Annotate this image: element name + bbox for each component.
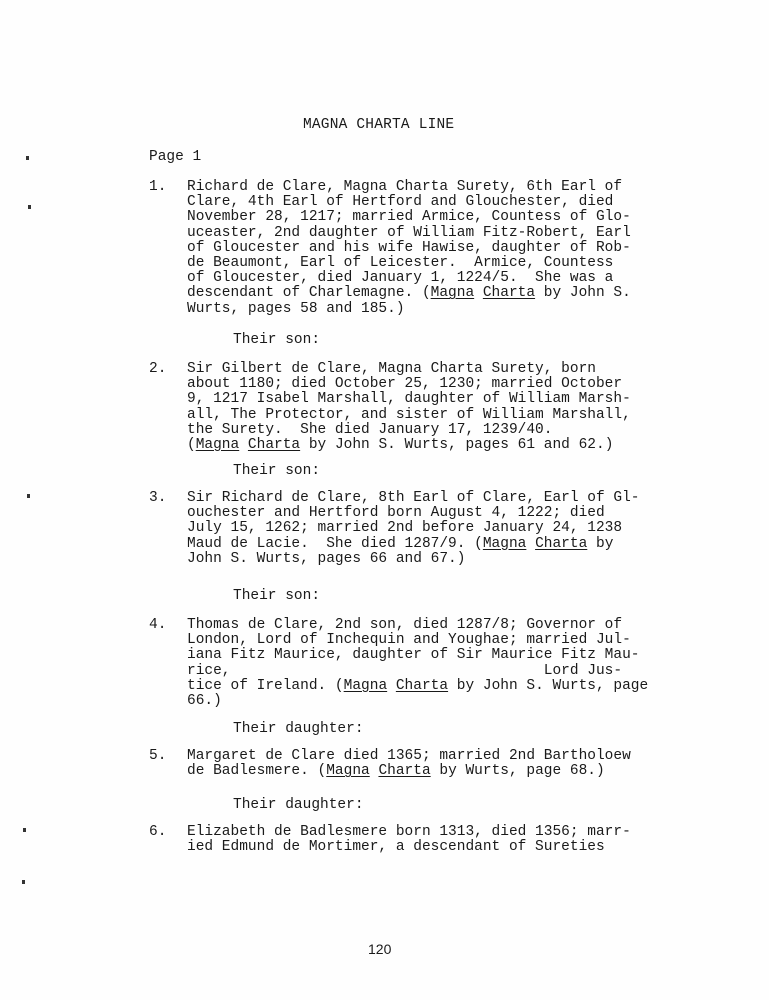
book-title-underlined: Charta (248, 437, 300, 453)
margin-mark (23, 828, 26, 832)
page-number: 120 (368, 941, 391, 957)
book-title-underlined: Charta (483, 285, 535, 301)
entry-number: 2. (149, 362, 166, 377)
entry-text: Sir Gilbert de Clare, Magna Charta Suret… (187, 362, 631, 453)
descendant-label: Their daughter: (233, 797, 364, 813)
document-page: MAGNA CHARTA LINE Page 1 1.Richard de Cl… (0, 0, 769, 1000)
entry-text: Sir Richard de Clare, 8th Earl of Clare,… (187, 491, 639, 567)
entry-number: 3. (149, 491, 166, 506)
descendant-label: Their daughter: (233, 721, 364, 737)
book-title-underlined: Magna (344, 678, 388, 694)
margin-mark (26, 156, 29, 160)
descendant-label: Their son: (233, 463, 320, 479)
book-title-underlined: Magna (196, 437, 240, 453)
margin-mark (22, 880, 25, 884)
book-title-underlined: Charta (396, 678, 448, 694)
margin-mark (27, 494, 30, 498)
entry-text: Thomas de Clare, 2nd son, died 1287/8; G… (187, 618, 648, 709)
book-title-underlined: Magna (431, 285, 475, 301)
book-title-underlined: Charta (378, 763, 430, 779)
entry-number: 5. (149, 749, 166, 764)
margin-mark (28, 205, 31, 209)
entry-number: 4. (149, 618, 166, 633)
entry-text: Elizabeth de Badlesmere born 1313, died … (187, 825, 631, 855)
entry-number: 1. (149, 180, 166, 195)
document-title: MAGNA CHARTA LINE (303, 117, 454, 133)
descendant-label: Their son: (233, 588, 320, 604)
entry-text: Margaret de Clare died 1365; married 2nd… (187, 749, 631, 779)
descendant-label: Their son: (233, 332, 320, 348)
book-title-underlined: Magna (326, 763, 370, 779)
book-title-underlined: Charta (535, 536, 587, 552)
book-title-underlined: Magna (483, 536, 527, 552)
entry-number: 6. (149, 825, 166, 840)
page-label: Page 1 (149, 149, 201, 165)
entry-text: Richard de Clare, Magna Charta Surety, 6… (187, 180, 631, 317)
